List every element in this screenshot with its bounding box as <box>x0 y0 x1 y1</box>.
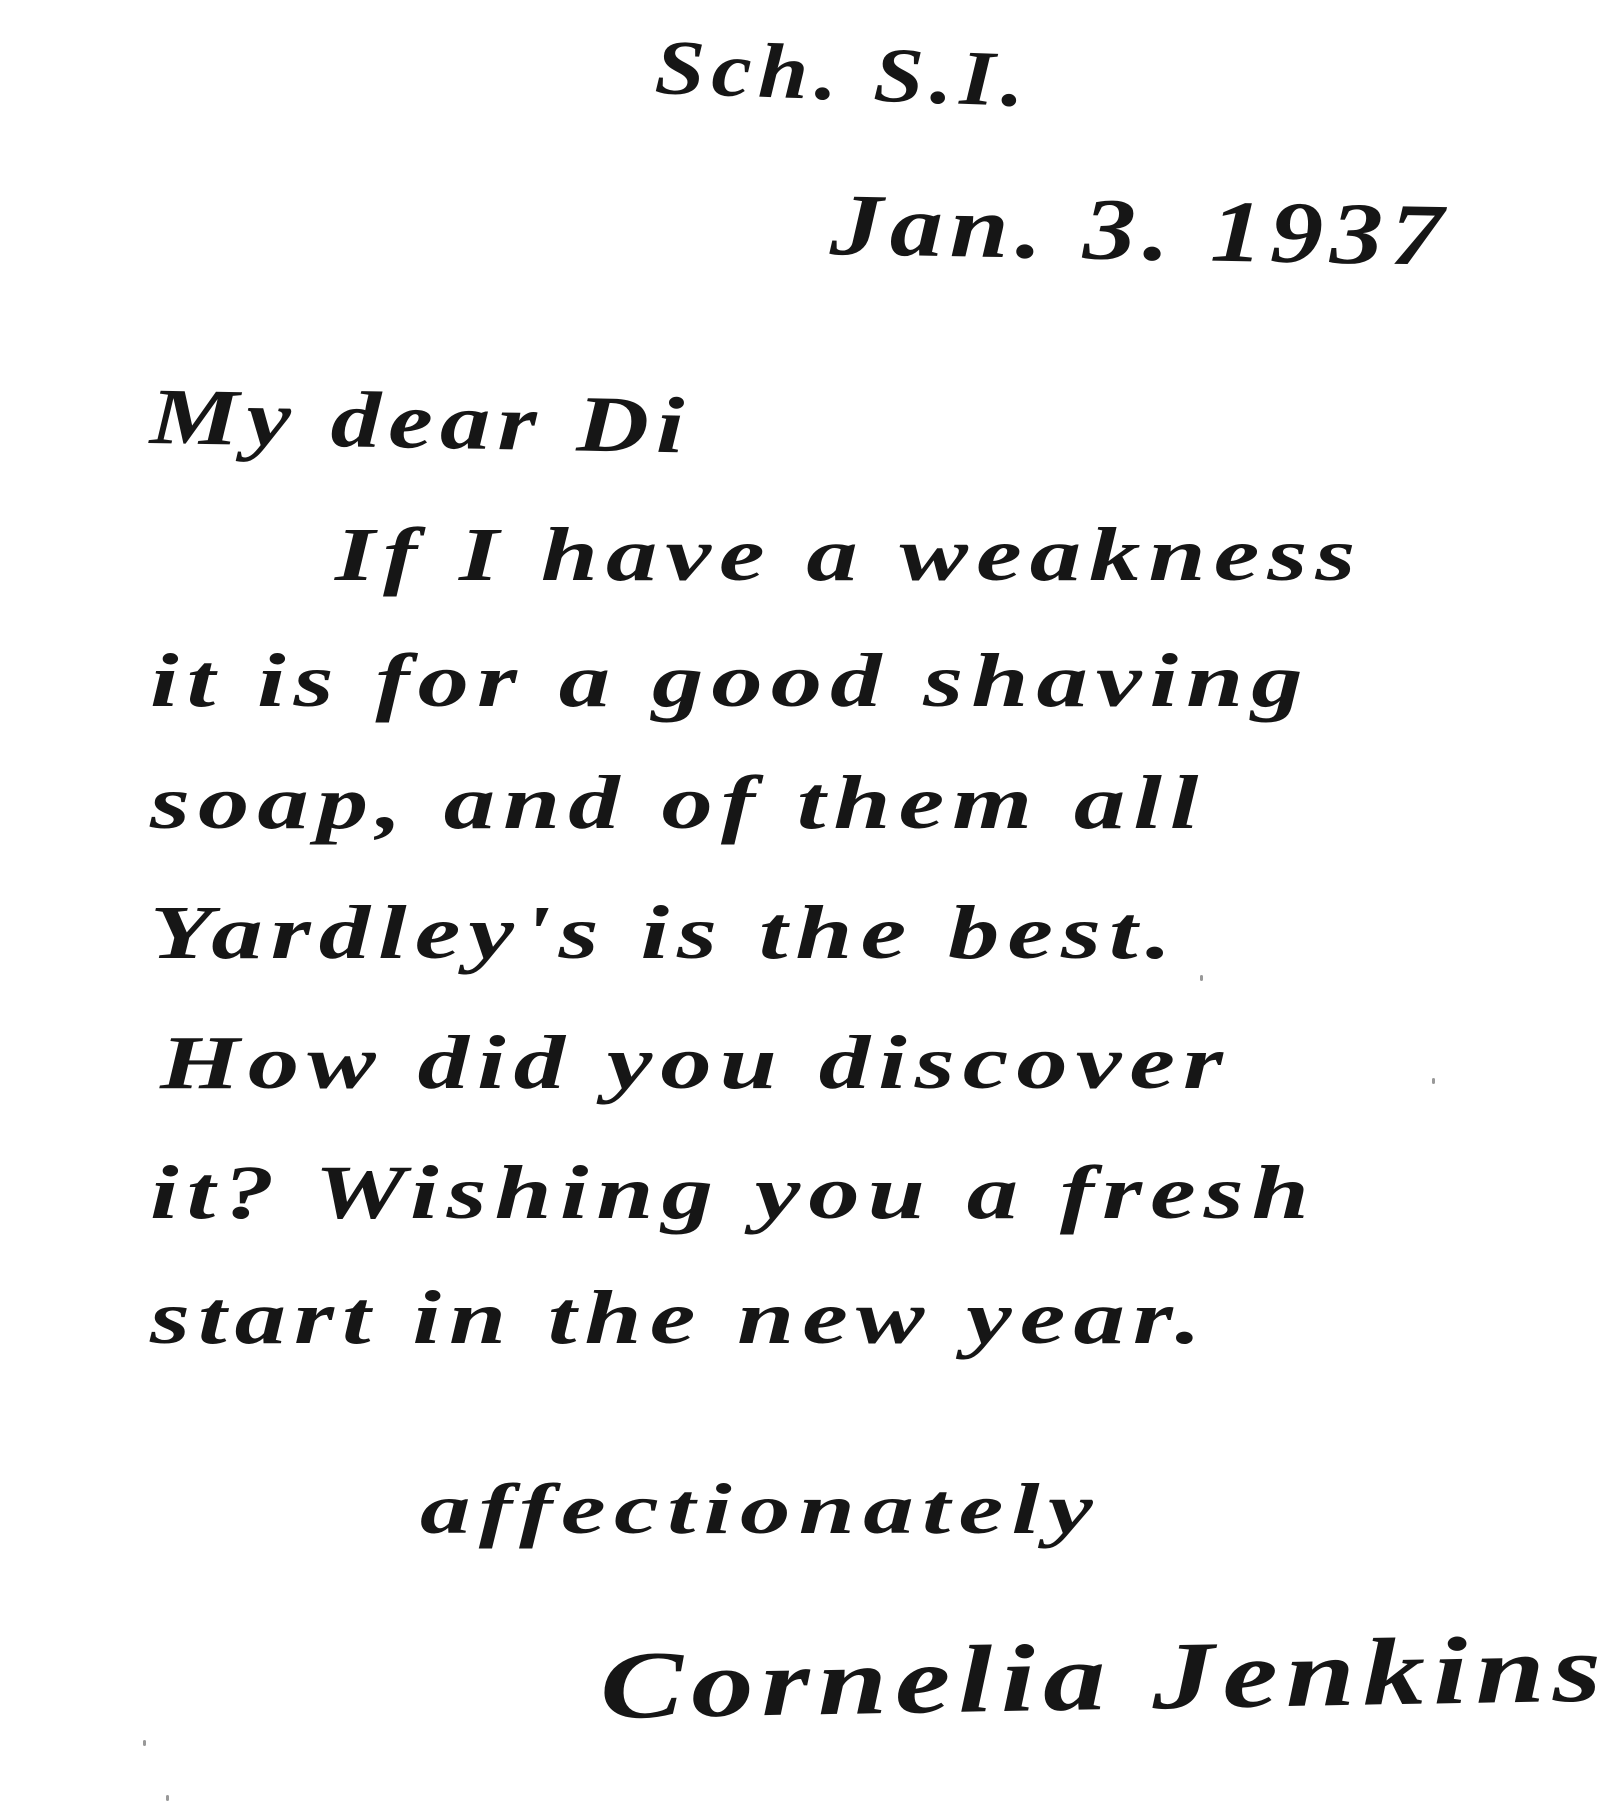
ink-speck <box>1200 975 1203 981</box>
letter-salutation: My dear Di <box>149 372 692 472</box>
letter-closing: affectionately <box>420 1468 1101 1551</box>
ink-speck <box>166 1795 169 1801</box>
letter-signature: Cornelia Jenkins <box>599 1612 1610 1741</box>
letter-page: Sch. S.I. Jan. 3. 1937 My dear Di If I h… <box>0 0 1614 1801</box>
letter-date: Jan. 3. 1937 <box>829 175 1451 287</box>
ink-speck <box>143 1740 146 1746</box>
body-line: Yardley's is the best. <box>150 890 1179 977</box>
body-line: it is for a good shaving <box>150 638 1311 725</box>
body-line: soap, and of them all <box>150 760 1207 847</box>
letter-place: Sch. S.I. <box>653 22 1032 125</box>
body-line: How did you discover <box>160 1020 1231 1107</box>
body-line: it? Wishing you a fresh <box>150 1150 1317 1237</box>
ink-speck <box>1432 1078 1435 1084</box>
body-line: If I have a weakness <box>335 512 1363 599</box>
body-line: start in the new year. <box>150 1275 1209 1362</box>
